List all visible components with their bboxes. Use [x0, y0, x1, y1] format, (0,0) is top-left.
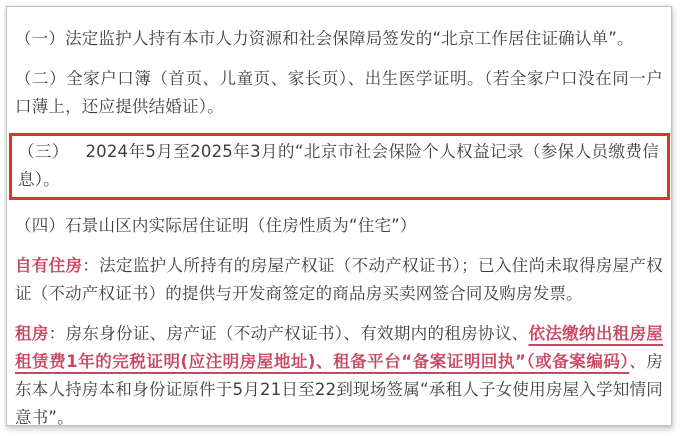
requirement-item-3: （三） 2024年5月至2025年3月的“北京市社会保险个人权益记录（参保人员缴…	[18, 138, 659, 194]
rental-paragraph: 租房：房东身份证、房产证（不动产权证书）、有效期内的租房协议、依法缴纳出租房屋租…	[15, 320, 663, 432]
requirement-item-2-text: （二）全家户口簿（首页、儿童页、家长页）、出生医学证明。（若全家户口没在同一户口…	[15, 69, 663, 116]
rental-label: 租房	[15, 324, 49, 343]
rental-colon: ：	[49, 324, 66, 343]
requirement-item-4: （四）石景山区内实际居住证明（住房性质为“住宅”）	[15, 212, 663, 240]
requirement-item-4-text: （四）石景山区内实际居住证明（住房性质为“住宅”）	[15, 216, 417, 235]
requirement-item-1: （一）法定监护人持有本市人力资源和社会保障局签发的“北京工作居住证确认单”。	[15, 25, 663, 53]
document-card: （一）法定监护人持有本市人力资源和社会保障局签发的“北京工作居住证确认单”。 （…	[6, 6, 672, 426]
requirement-item-3-text: （三） 2024年5月至2025年3月的“北京市社会保险个人权益记录（参保人员缴…	[18, 142, 659, 189]
rental-text-start: 房东身份证、房产证（不动产权证书）、有效期内的租房协议、	[66, 324, 529, 343]
owned-housing-paragraph: 自有住房：法定监护人所持有的房屋产权证（不动产权证书）；已入住尚未取得房屋产权证…	[15, 252, 663, 308]
owned-housing-text: 法定监护人所持有的房屋产权证（不动产权证书）；已入住尚未取得房屋产权证（不动产权…	[15, 256, 663, 303]
owned-housing-label: 自有住房	[15, 256, 82, 275]
requirement-item-1-text: （一）法定监护人持有本市人力资源和社会保障局签发的“北京工作居住证确认单”。	[15, 29, 634, 48]
requirement-item-2: （二）全家户口簿（首页、儿童页、家长页）、出生医学证明。（若全家户口没在同一户口…	[15, 65, 663, 121]
highlight-box: （三） 2024年5月至2025年3月的“北京市社会保险个人权益记录（参保人员缴…	[9, 133, 670, 200]
owned-housing-colon: ：	[82, 256, 99, 275]
